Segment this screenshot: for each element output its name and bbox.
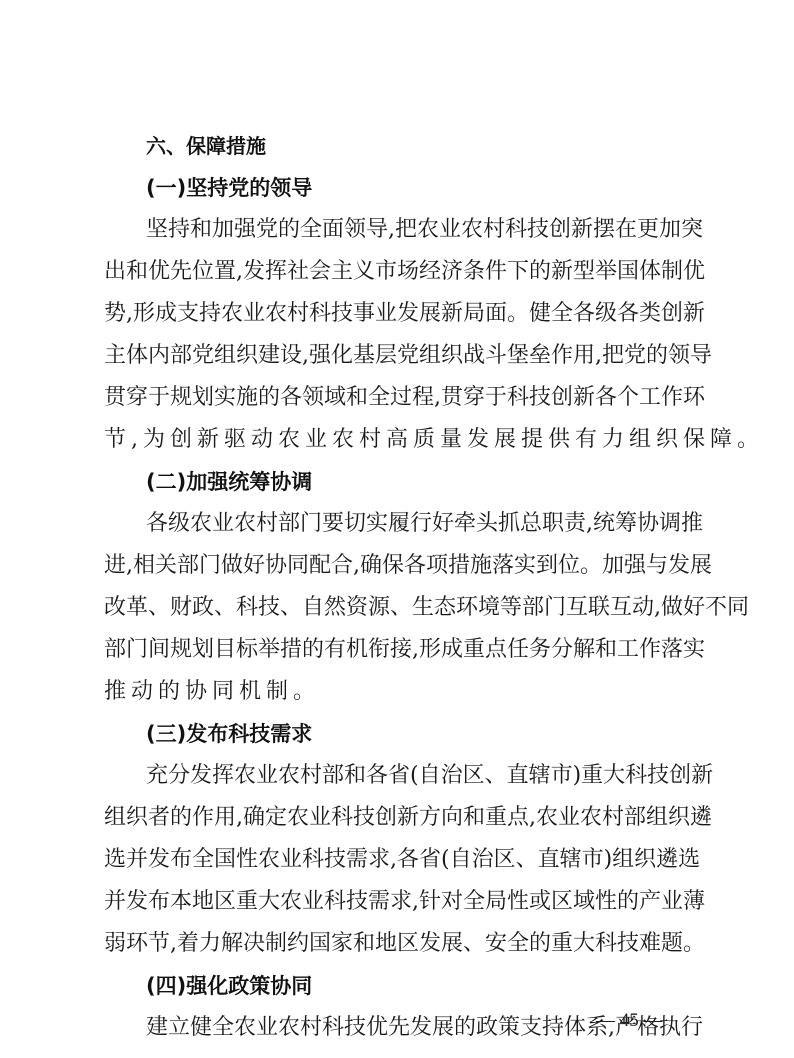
paragraph-line: 节,为创新驱动农业农村高质量发展提供有力组织保障。 xyxy=(104,425,690,455)
paragraph-line: 贯穿于规划实施的各领域和全过程,贯穿于科技创新各个工作环 xyxy=(104,383,690,413)
paragraph-line: 出和优先位置,发挥社会主义市场经济条件下的新型举国体制优 xyxy=(104,257,690,287)
subsection-heading-2: (二)加强统筹协调 xyxy=(146,467,312,497)
paragraph-line: 坚持和加强党的全面领导,把农业农村科技创新摆在更加突 xyxy=(146,215,690,245)
page-number: — 45 — xyxy=(596,1010,663,1032)
section-title: 六、保障措施 xyxy=(146,131,266,161)
paragraph-line: 弱环节,着力解决制约国家和地区发展、安全的重大科技难题。 xyxy=(104,929,690,959)
paragraph-line: 并发布本地区重大农业科技需求,针对全局性或区域性的产业薄 xyxy=(104,887,690,917)
document-page: 六、保障措施 (一)坚持党的领导 坚持和加强党的全面领导,把农业农村科技创新摆在… xyxy=(0,0,794,1058)
paragraph-line: 推动的协同机制。 xyxy=(104,677,690,707)
paragraph-line: 组织者的作用,确定农业科技创新方向和重点,农业农村部组织遴 xyxy=(104,803,690,833)
paragraph-line: 改革、财政、科技、自然资源、生态环境等部门互联互动,做好不同 xyxy=(104,593,690,623)
subsection-heading-1: (一)坚持党的领导 xyxy=(146,173,312,203)
paragraph-line: 选并发布全国性农业科技需求,各省(自治区、直辖市)组织遴选 xyxy=(104,845,690,875)
subsection-heading-3: (三)发布科技需求 xyxy=(146,719,312,749)
paragraph-line: 进,相关部门做好协同配合,确保各项措施落实到位。加强与发展 xyxy=(104,551,690,581)
paragraph-line: 势,形成支持农业农村科技事业发展新局面。健全各级各类创新 xyxy=(104,299,690,329)
subsection-heading-4: (四)强化政策协同 xyxy=(146,971,312,1001)
paragraph-line: 各级农业农村部门要切实履行好牵头抓总职责,统筹协调推 xyxy=(146,509,690,539)
paragraph-line: 主体内部党组织建设,强化基层党组织战斗堡垒作用,把党的领导 xyxy=(104,341,690,371)
paragraph-line: 部门间规划目标举措的有机衔接,形成重点任务分解和工作落实 xyxy=(104,635,690,665)
paragraph-line: 充分发挥农业农村部和各省(自治区、直辖市)重大科技创新 xyxy=(146,761,690,791)
